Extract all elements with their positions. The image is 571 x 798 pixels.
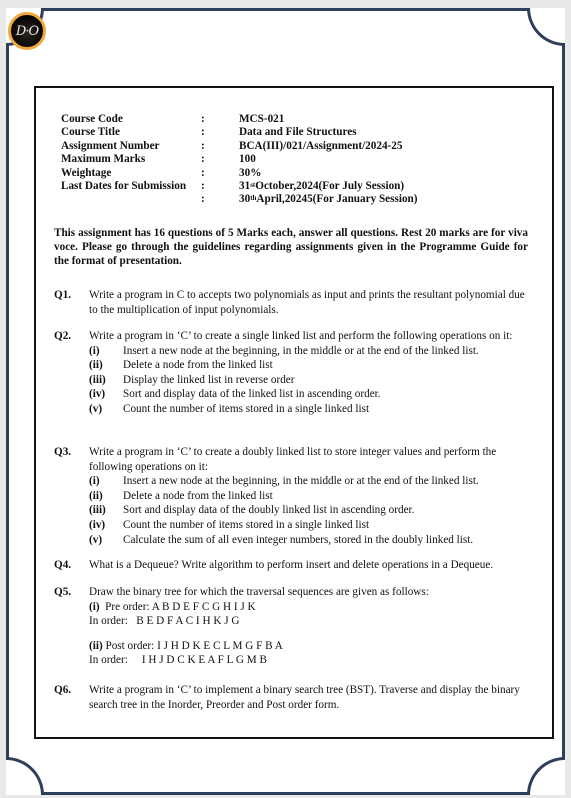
course-title-value: Data and File Structures — [239, 126, 357, 139]
question-number: Q6. — [54, 683, 71, 698]
assignment-number-label: Assignment Number — [61, 140, 201, 153]
corner-ornament-bottom-right — [527, 757, 565, 795]
question-text: Write a program in C to accepts two poly… — [89, 288, 534, 317]
question-text: Write a program in ‘C’ to implement a bi… — [89, 683, 534, 712]
maximum-marks-label: Maximum Marks — [61, 153, 201, 166]
do-monogram-logo-icon: D·O — [8, 12, 46, 50]
sub-item: (i)Insert a new node at the beginning, i… — [89, 344, 534, 359]
sub-item: (iii)Sort and display data of the doubly… — [89, 503, 534, 518]
traversal-part-2: (ii) Post order: I J H D K E C L M G F B… — [89, 639, 534, 668]
course-code-label: Course Code — [61, 113, 201, 126]
assignment-box: Course Code : MCS-021 Course Title : Dat… — [34, 86, 554, 739]
question-3: Q3. Write a program in ‘C’ to create a d… — [54, 445, 534, 547]
question-number: Q4. — [54, 558, 71, 573]
instructions-paragraph: This assignment has 16 questions of 5 Ma… — [54, 226, 528, 268]
sub-item: (v)Calculate the sum of all even integer… — [89, 533, 534, 548]
maximum-marks-value: 100 — [239, 153, 256, 166]
document-page: Course Code : MCS-021 Course Title : Dat… — [6, 8, 565, 795]
question-text: Draw the binary tree for which the trave… — [89, 585, 534, 600]
question-1: Q1. Write a program in C to accepts two … — [54, 288, 534, 317]
question-text: Write a program in ‘C’ to create a singl… — [89, 329, 534, 344]
course-info-row: Weightage : 30% — [61, 167, 418, 180]
january-session-date: 30thApril,20245(For January Session) — [239, 193, 418, 206]
question-6: Q6. Write a program in ‘C’ to implement … — [54, 683, 534, 712]
weightage-label: Weightage — [61, 167, 201, 180]
sub-item: (ii)Delete a node from the linked list — [89, 358, 534, 373]
course-info-row: Last Dates for Submission : 31stOctober,… — [61, 180, 418, 193]
separator: : — [201, 153, 239, 166]
question-number: Q2. — [54, 329, 71, 344]
july-session-date: 31stOctober,2024(For July Session) — [239, 180, 404, 193]
question-5: Q5. Draw the binary tree for which the t… — [54, 585, 534, 668]
question-number: Q5. — [54, 585, 71, 600]
empty-label — [61, 193, 201, 206]
separator: : — [201, 126, 239, 139]
course-info-row: Course Code : MCS-021 — [61, 113, 418, 126]
question-number: Q3. — [54, 445, 71, 460]
sub-item: (v)Count the number of items stored in a… — [89, 402, 534, 417]
sub-item: (ii)Delete a node from the linked list — [89, 489, 534, 504]
sub-item: (i)Insert a new node at the beginning, i… — [89, 474, 534, 489]
course-info-row: Maximum Marks : 100 — [61, 153, 418, 166]
separator: : — [201, 180, 239, 193]
sub-item: (iii)Display the linked list in reverse … — [89, 373, 534, 388]
course-info-table: Course Code : MCS-021 Course Title : Dat… — [61, 113, 418, 207]
corner-ornament-bottom-left — [6, 757, 44, 795]
sub-item: (iv)Sort and display data of the linked … — [89, 387, 534, 402]
weightage-value: 30% — [239, 167, 261, 180]
question-text: Write a program in ‘C’ to create a doubl… — [89, 445, 534, 474]
course-info-row: : 30thApril,20245(For January Session) — [61, 193, 418, 206]
separator: : — [201, 113, 239, 126]
question-2: Q2. Write a program in ‘C’ to create a s… — [54, 329, 534, 417]
assignment-number-value: BCA(III)/021/Assignment/2024-25 — [239, 140, 402, 153]
separator: : — [201, 140, 239, 153]
traversal-part-1: (i) Pre order: A B D E F C G H I J K In … — [89, 600, 534, 629]
course-code-value: MCS-021 — [239, 113, 284, 126]
question-text: What is a Dequeue? Write algorithm to pe… — [89, 558, 534, 573]
separator: : — [201, 193, 239, 206]
course-info-row: Assignment Number : BCA(III)/021/Assignm… — [61, 140, 418, 153]
course-info-row: Course Title : Data and File Structures — [61, 126, 418, 139]
course-title-label: Course Title — [61, 126, 201, 139]
corner-ornament-top-right — [527, 8, 565, 46]
question-4: Q4. What is a Dequeue? Write algorithm t… — [54, 558, 534, 573]
question-number: Q1. — [54, 288, 71, 303]
sub-item: (iv)Count the number of items stored in … — [89, 518, 534, 533]
submission-date-label: Last Dates for Submission — [61, 180, 201, 193]
separator: : — [201, 167, 239, 180]
